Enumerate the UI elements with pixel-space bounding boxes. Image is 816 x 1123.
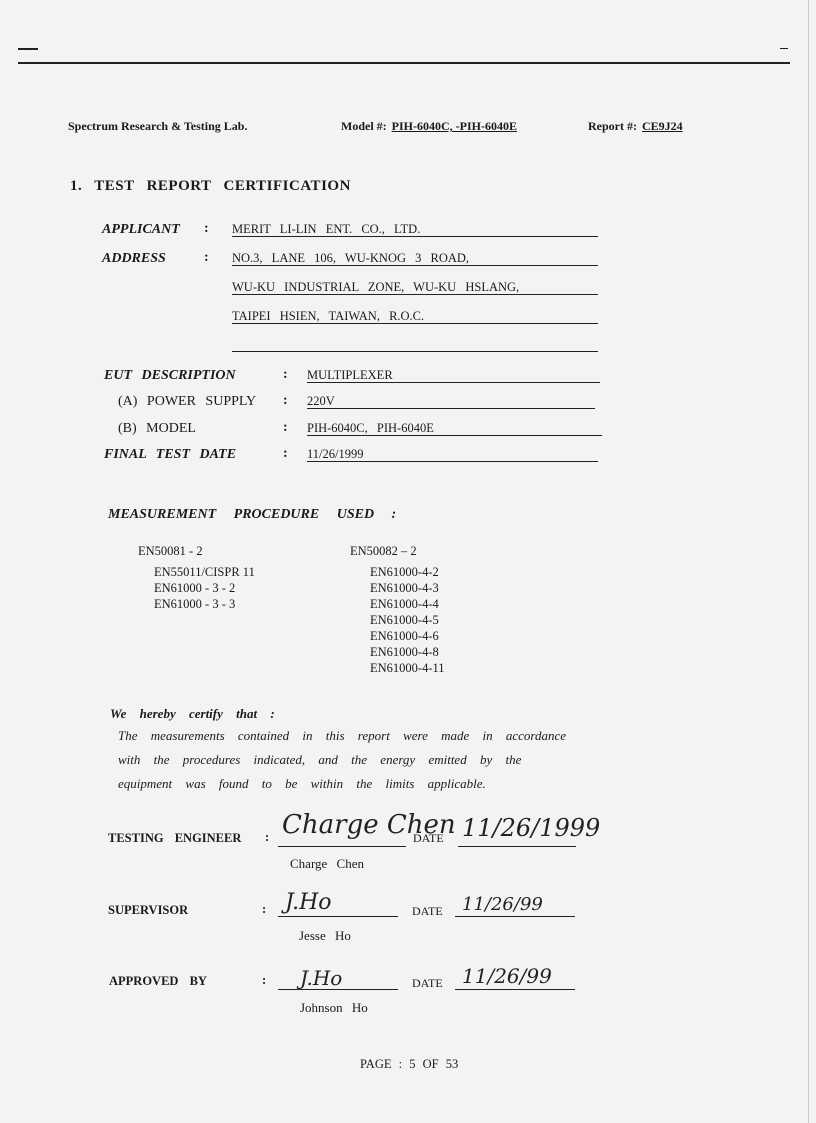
standard-group-right: EN50082 – 2 — [350, 543, 417, 559]
standard-right-4: EN61000-4-5 — [370, 612, 439, 628]
approved-by-date: 11/26/99 — [462, 964, 552, 988]
testing-engineer-date-label: DATE — [413, 831, 444, 846]
model-label: Model #: — [341, 119, 387, 133]
testing-engineer-name: Charge Chen — [290, 856, 364, 872]
address-line-3: TAIPEI HSIEN, TAIWAN, R.O.C. — [232, 309, 598, 324]
address-line-2: WU-KU INDUSTRIAL ZONE, WU-KU HSLANG, — [232, 280, 598, 295]
testing-engineer-label: TESTING ENGINEER — [108, 831, 241, 846]
standard-left-2: EN61000 - 3 - 2 — [154, 580, 235, 596]
header-rule — [18, 62, 790, 64]
certify-line-1: The measurements contained in this repor… — [118, 728, 566, 744]
supervisor-name: Jesse Ho — [299, 928, 351, 944]
supervisor-signature: J.Ho — [285, 890, 332, 915]
standard-right-2: EN61000-4-3 — [370, 580, 439, 596]
power-supply-label: (A) POWER SUPPLY — [118, 394, 256, 410]
report-value: CE9J24 — [640, 119, 704, 134]
final-test-date-label: FINAL TEST DATE — [104, 447, 236, 463]
model-label-eut: (B) MODEL — [118, 421, 196, 437]
eut-label: EUT DESCRIPTION — [104, 368, 236, 384]
date-line — [455, 916, 575, 917]
standard-right-1: EN61000-4-2 — [370, 564, 439, 580]
certify-line-2: with the procedures indicated, and the e… — [118, 752, 521, 768]
certify-line-3: equipment was found to be within the lim… — [118, 776, 486, 792]
address-line-4 — [232, 337, 598, 352]
page-title: 1. TEST REPORT CERTIFICATION — [70, 178, 351, 195]
supervisor-date: 11/26/99 — [462, 894, 543, 915]
model-value: PIH-6040C, -PIH-6040E — [390, 119, 534, 134]
eut-colon: : — [283, 367, 288, 383]
standard-right-5: EN61000-4-6 — [370, 628, 439, 644]
header-mark — [18, 48, 38, 50]
power-colon: : — [283, 393, 288, 409]
report-label: Report #: — [588, 119, 637, 133]
address-colon: : — [204, 250, 209, 266]
model-number: Model #: PIH-6040C, -PIH-6040E — [341, 119, 534, 134]
page-number: PAGE : 5 OF 53 — [360, 1057, 458, 1072]
power-supply-value: 220V — [307, 394, 595, 409]
address-label: ADDRESS — [102, 251, 166, 267]
standard-right-7: EN61000-4-11 — [370, 660, 445, 676]
signature-line — [278, 989, 398, 990]
certify-heading: We hereby certify that : — [110, 706, 275, 722]
standard-right-6: EN61000-4-8 — [370, 644, 439, 660]
testing-engineer-date: 11/26/1999 — [462, 814, 600, 842]
applicant-colon: : — [204, 221, 209, 237]
signature-line — [278, 846, 406, 847]
approved-by-name: Johnson Ho — [300, 1000, 368, 1016]
date-colon: : — [283, 446, 288, 462]
testing-engineer-colon: : — [265, 830, 269, 845]
report-number: Report #: CE9J24 — [588, 119, 704, 134]
approved-by-signature: J.Ho — [300, 966, 342, 990]
final-test-date-value: 11/26/1999 — [307, 447, 598, 462]
approved-by-colon: : — [262, 973, 266, 988]
supervisor-label: SUPERVISOR — [108, 903, 188, 918]
model-colon: : — [283, 420, 288, 436]
supervisor-date-label: DATE — [412, 904, 443, 919]
standard-group-left: EN50081 - 2 — [138, 543, 203, 559]
approved-by-label: APPROVED BY — [109, 974, 207, 989]
eut-value: MULTIPLEXER — [307, 368, 600, 383]
applicant-value: MERIT LI-LIN ENT. CO., LTD. — [232, 222, 598, 237]
header-mark-right — [780, 48, 788, 49]
date-line — [455, 989, 575, 990]
page-edge — [808, 0, 809, 1123]
lab-name: Spectrum Research & Testing Lab. — [68, 119, 247, 134]
signature-line — [278, 916, 398, 917]
applicant-label: APPLICANT — [102, 222, 180, 238]
model-value-eut: PIH-6040C, PIH-6040E — [307, 421, 602, 436]
address-line-1: NO.3, LANE 106, WU-KNOG 3 ROAD, — [232, 251, 598, 266]
standard-right-3: EN61000-4-4 — [370, 596, 439, 612]
approved-by-date-label: DATE — [412, 976, 443, 991]
date-line — [458, 846, 576, 847]
supervisor-colon: : — [262, 902, 266, 917]
standard-left-1: EN55011/CISPR 11 — [154, 564, 255, 580]
measurement-heading: MEASUREMENT PROCEDURE USED : — [108, 507, 396, 523]
standard-left-3: EN61000 - 3 - 3 — [154, 596, 235, 612]
